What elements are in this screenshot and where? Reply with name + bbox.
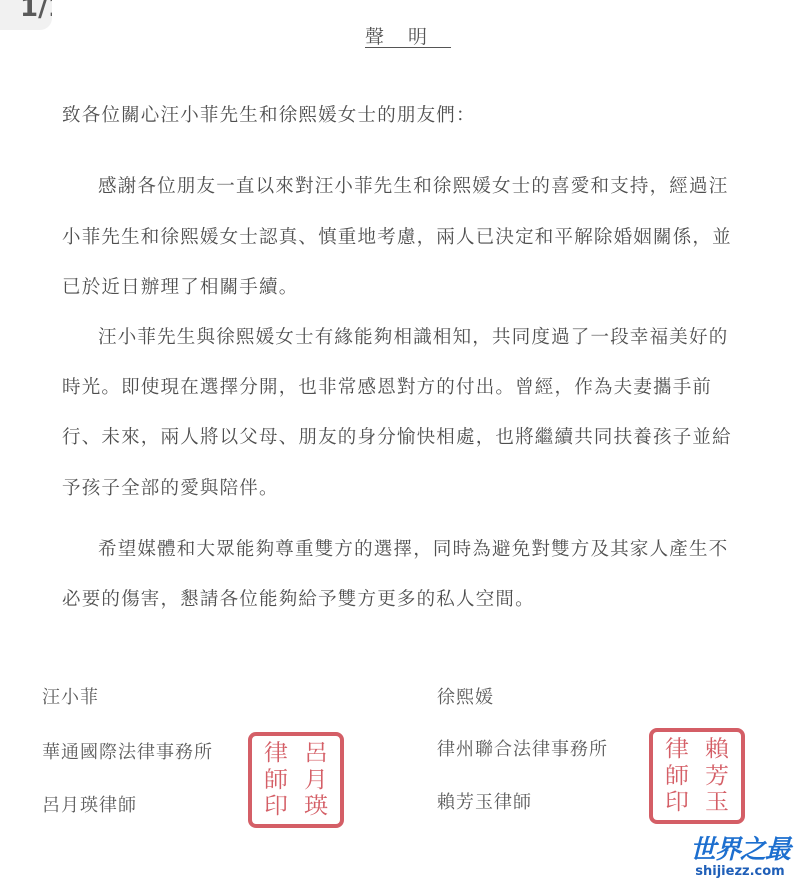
lawyer-name: 呂月瑛律師 [42, 791, 137, 817]
paragraph-line: 小菲先生和徐熙媛女士認真、慎重地考慮，兩人已決定和平解除婚姻關係，並 [62, 223, 732, 249]
watermark-cn: 世界之最 [690, 836, 790, 864]
seal-char: 呂 [296, 741, 336, 766]
document-title: 聲明 [365, 22, 451, 49]
paragraph-line: 已於近日辦理了相關手續。 [62, 273, 298, 299]
lawyer-seal-stamp: 律 師 印 呂 月 瑛 [248, 732, 344, 828]
paragraph-line: 行、未來，兩人將以父母、朋友的身分愉快相處，也將繼續共同扶養孩子並給 [62, 423, 732, 449]
seal-char: 瑛 [296, 794, 336, 819]
lawyer-name: 賴芳玉律師 [437, 788, 532, 814]
seal-char: 玉 [697, 790, 737, 815]
salutation: 致各位關心汪小菲先生和徐熙媛女士的朋友們： [62, 101, 476, 127]
seal-char: 月 [296, 767, 336, 792]
site-watermark-logo: 世界之最 shijiezz.com [690, 836, 790, 880]
seal-char: 律 [657, 737, 697, 762]
signatory-name: 徐熙媛 [437, 683, 494, 709]
seal-char: 賴 [697, 737, 737, 762]
seal-char: 印 [256, 794, 296, 819]
law-firm: 華通國際法律事務所 [42, 738, 213, 764]
signatory-name: 汪小菲 [42, 683, 99, 709]
seal-char: 芳 [697, 763, 737, 788]
lawyer-seal-stamp: 律 師 印 賴 芳 玉 [649, 728, 745, 824]
paragraph-line: 予孩子全部的愛與陪伴。 [62, 474, 279, 500]
paragraph-line: 感謝各位朋友一直以來對汪小菲先生和徐熙媛女士的喜愛和支持，經過汪 [98, 172, 728, 198]
page-indicator: 1/1 [0, 0, 52, 30]
paragraph-line: 汪小菲先生與徐熙媛女士有緣能夠相識相知，共同度過了一段幸福美好的 [98, 323, 728, 349]
paragraph-line: 希望媒體和大眾能夠尊重雙方的選擇，同時為避免對雙方及其家人產生不 [98, 535, 728, 561]
paragraph-line: 必要的傷害，懇請各位能夠給予雙方更多的私人空間。 [62, 585, 535, 611]
law-firm: 律州聯合法律事務所 [437, 735, 608, 761]
seal-char: 律 [256, 741, 296, 766]
watermark-domain: shijiezz.com [690, 864, 790, 880]
seal-char: 師 [256, 767, 296, 792]
seal-char: 師 [657, 763, 697, 788]
paragraph-line: 時光。即使現在選擇分開，也非常感恩對方的付出。曾經，作為夫妻攜手前 [62, 373, 712, 399]
seal-char: 印 [657, 790, 697, 815]
